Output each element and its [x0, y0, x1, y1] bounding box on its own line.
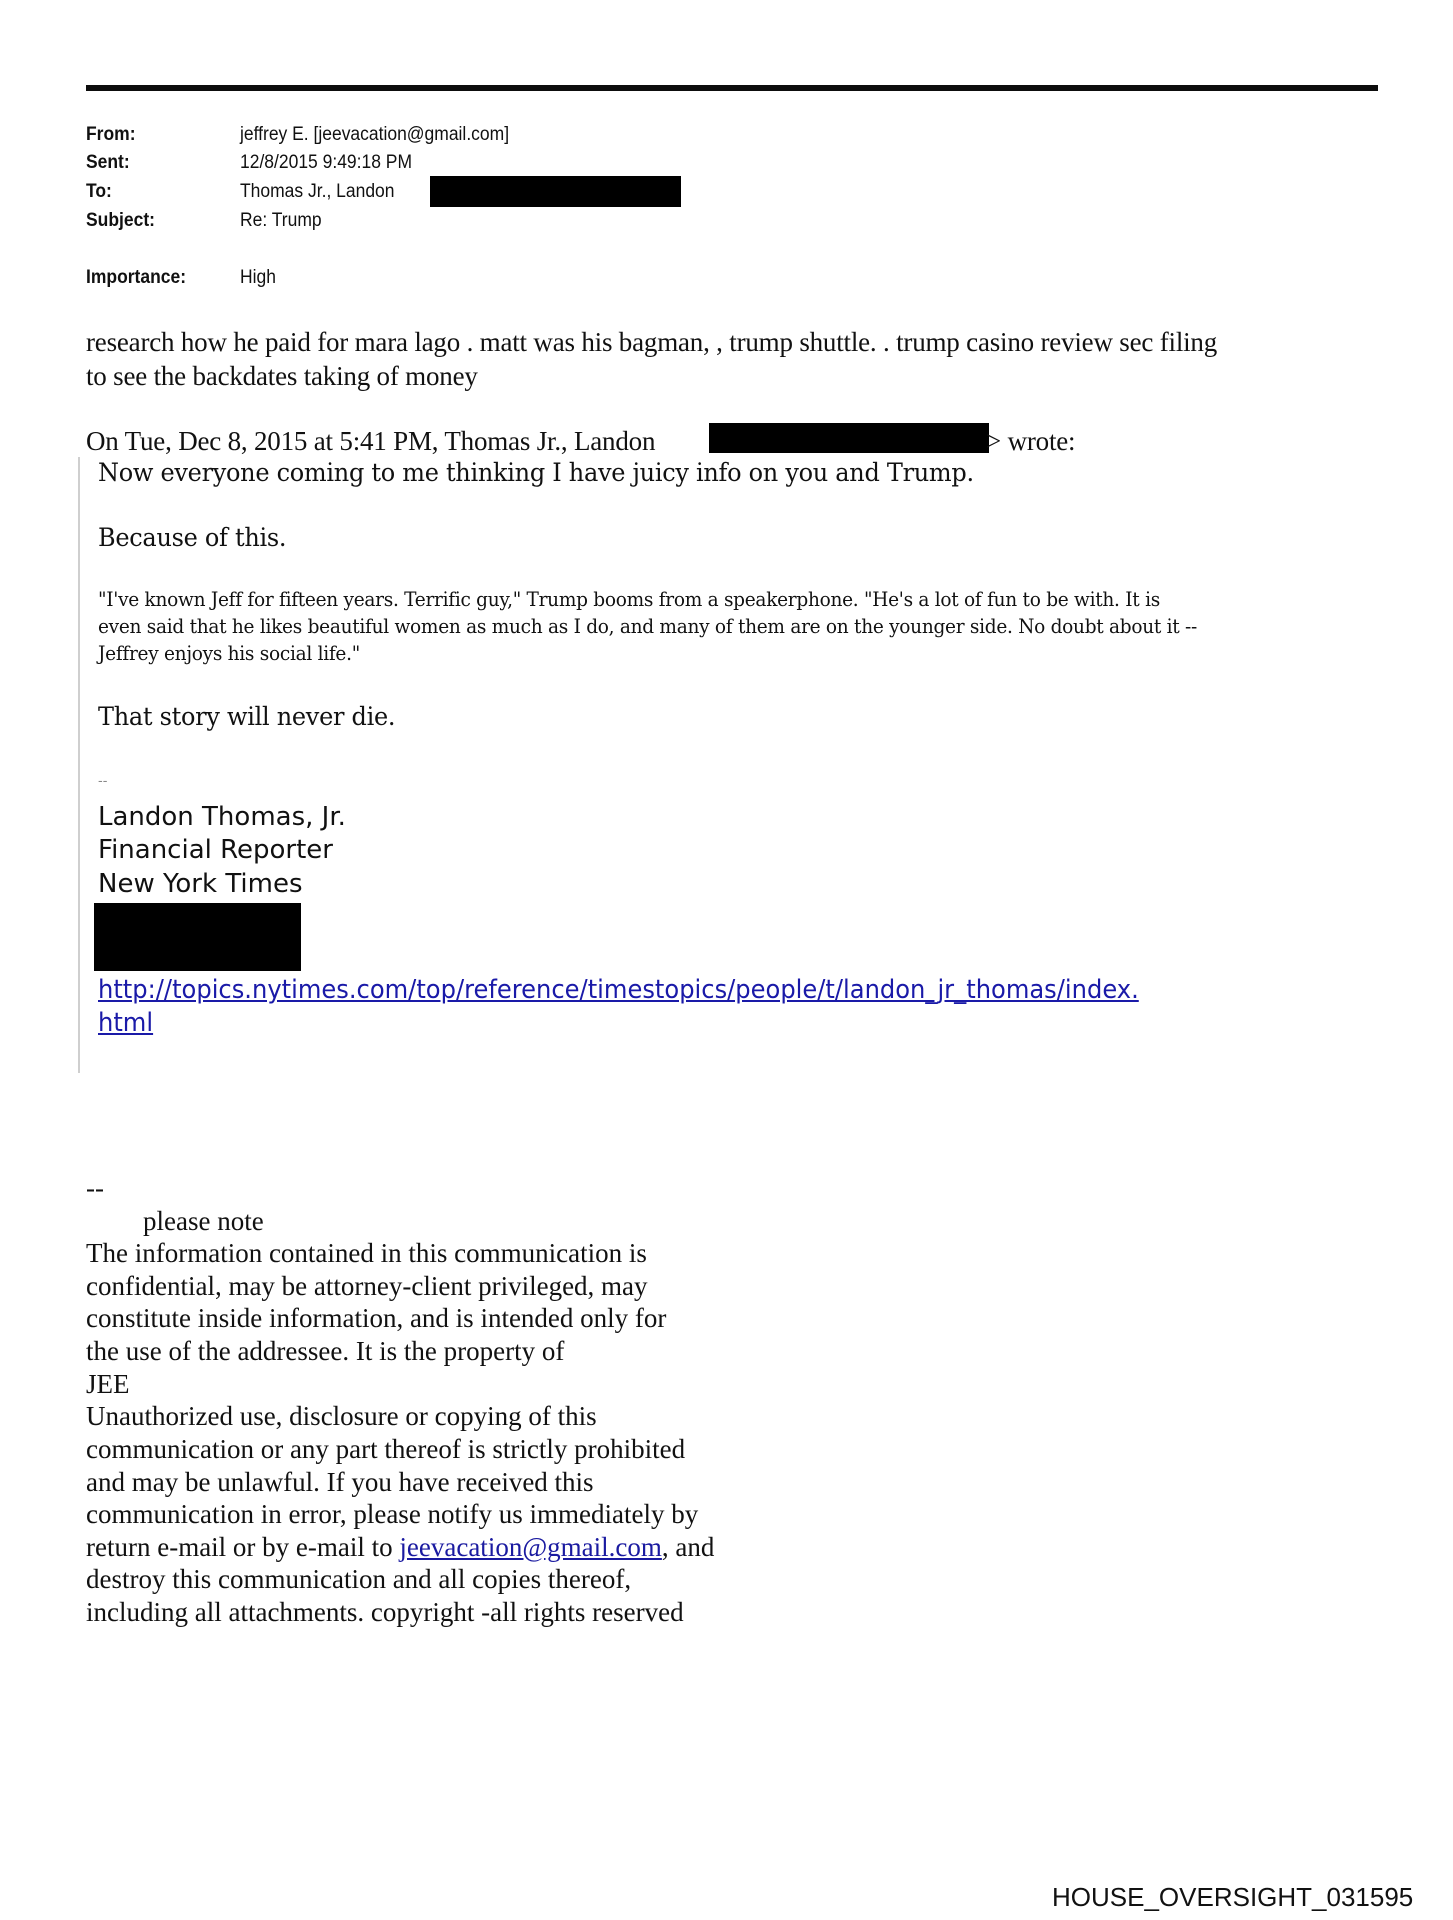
- to-label: To:: [86, 180, 112, 204]
- disclaimer-heading: please note: [143, 1205, 264, 1238]
- from-label: From:: [86, 123, 136, 147]
- importance-value: High: [240, 266, 276, 290]
- signature-name: Landon Thomas, Jr.: [98, 800, 346, 834]
- disclaimer-line: communication in error, please notify us…: [86, 1498, 698, 1531]
- disclaimer-email-suffix: , and: [662, 1532, 714, 1562]
- quote-excerpt-line: Jeffrey enjoys his social life.": [98, 640, 360, 667]
- header-rule: [86, 85, 1378, 91]
- importance-label: Importance:: [86, 266, 186, 290]
- quote-line: That story will never die.: [98, 702, 395, 732]
- disclaimer-email-prefix: return e-mail or by e-mail to: [86, 1532, 399, 1562]
- subject-value: Re: Trump: [240, 209, 322, 233]
- disclaimer-line: including all attachments. copyright -al…: [86, 1596, 684, 1629]
- quote-attribution-suffix: > wrote:: [986, 425, 1075, 458]
- signature-phone-redaction: [94, 903, 301, 971]
- disclaimer-line: Unauthorized use, disclosure or copying …: [86, 1400, 597, 1433]
- disclaimer-email-link[interactable]: jeevacation@gmail.com: [399, 1532, 662, 1562]
- quote-excerpt-line: even said that he likes beautiful women …: [98, 613, 1197, 640]
- sent-value: 12/8/2015 9:49:18 PM: [240, 151, 412, 175]
- bates-stamp: HOUSE_OVERSIGHT_031595: [1052, 1882, 1413, 1913]
- subject-label: Subject:: [86, 209, 155, 233]
- disclaimer-line: and may be unlawful. If you have receive…: [86, 1466, 594, 1499]
- disclaimer-line: constitute inside information, and is in…: [86, 1302, 666, 1335]
- to-email-redaction: [430, 176, 681, 207]
- signature-url-link-continued[interactable]: html: [98, 1006, 153, 1040]
- sent-label: Sent:: [86, 151, 130, 175]
- quote-excerpt-line: "I've known Jeff for fifteen years. Terr…: [98, 586, 1160, 613]
- disclaimer-line: JEE: [86, 1368, 130, 1401]
- body-line: research how he paid for mara lago . mat…: [86, 326, 1217, 359]
- signature-url-link[interactable]: http://topics.nytimes.com/top/reference/…: [98, 973, 1139, 1007]
- quote-bar: [78, 457, 80, 1073]
- disclaimer-line: communication or any part thereof is str…: [86, 1433, 685, 1466]
- disclaimer-line: the use of the addressee. It is the prop…: [86, 1335, 564, 1368]
- disclaimer-email-line: return e-mail or by e-mail to jeevacatio…: [86, 1531, 714, 1564]
- quote-line: Because of this.: [98, 523, 286, 553]
- signature-organization: New York Times: [98, 867, 303, 901]
- body-line: to see the backdates taking of money: [86, 360, 478, 393]
- disclaimer-line: confidential, may be attorney-client pri…: [86, 1270, 648, 1303]
- quote-attribution-prefix: On Tue, Dec 8, 2015 at 5:41 PM, Thomas J…: [86, 425, 655, 458]
- to-value: Thomas Jr., Landon: [240, 180, 395, 204]
- from-value: jeffrey E. [jeevacation@gmail.com]: [240, 123, 509, 147]
- signature-separator: --: [98, 774, 107, 789]
- quote-email-redaction: [709, 423, 989, 453]
- disclaimer-line: destroy this communication and all copie…: [86, 1563, 631, 1596]
- quote-line: Now everyone coming to me thinking I hav…: [98, 458, 974, 488]
- disclaimer-separator: --: [86, 1172, 104, 1205]
- disclaimer-line: The information contained in this commun…: [86, 1237, 647, 1270]
- signature-title: Financial Reporter: [98, 833, 333, 867]
